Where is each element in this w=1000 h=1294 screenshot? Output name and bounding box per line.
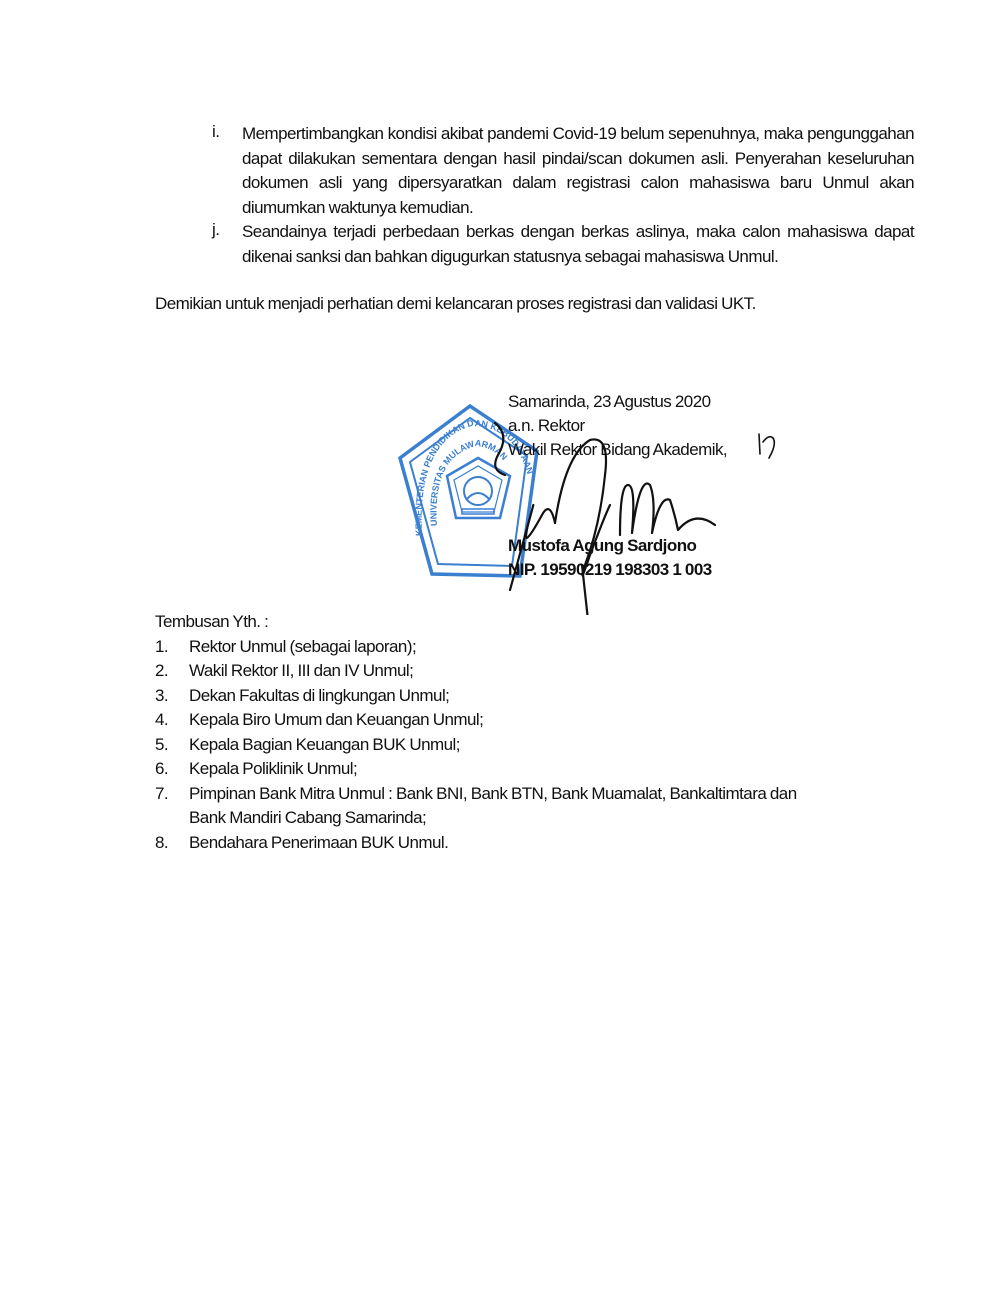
cc-item-text: Wakil Rektor II, III dan IV Unmul; — [189, 661, 413, 680]
cc-item-text: Dekan Fakultas di lingkungan Unmul; — [189, 686, 449, 705]
cc-list-item: Bank Mandiri Cabang Samarinda; — [155, 806, 797, 831]
cc-item-number: 8. — [155, 831, 168, 856]
list-marker: j. — [212, 220, 219, 240]
list-marker: i. — [212, 122, 219, 142]
svg-text:UNIVERSITAS MULAWARMAN: UNIVERSITAS MULAWARMAN — [428, 438, 509, 527]
cc-item-number: 6. — [155, 757, 168, 782]
cc-list-item: 8.Bendahara Penerimaan BUK Unmul. — [155, 831, 797, 856]
signer-position: Wakil Rektor Bidang Akademik, — [508, 438, 727, 462]
cc-list-item: 2.Wakil Rektor II, III dan IV Unmul; — [155, 659, 797, 684]
cc-item-number: 5. — [155, 733, 168, 758]
cc-list-item: 3.Dekan Fakultas di lingkungan Unmul; — [155, 684, 797, 709]
place-date: Samarinda, 23 Agustus 2020 — [508, 390, 727, 414]
initial-paraf-icon — [755, 430, 780, 460]
cc-list-item: 5.Kepala Bagian Keuangan BUK Unmul; — [155, 733, 797, 758]
cc-list-item: 6.Kepala Poliklinik Unmul; — [155, 757, 797, 782]
cc-list-item: 1.Rektor Unmul (sebagai laporan); — [155, 635, 797, 660]
cc-list: Tembusan Yth. : 1.Rektor Unmul (sebagai … — [155, 610, 797, 855]
cc-item-text: Kepala Bagian Keuangan BUK Unmul; — [189, 735, 460, 754]
cc-item-text: Pimpinan Bank Mitra Unmul : Bank BNI, Ba… — [189, 784, 797, 803]
cc-item-number: 3. — [155, 684, 168, 709]
cc-item-number: 2. — [155, 659, 168, 684]
cc-item-text: Rektor Unmul (sebagai laporan); — [189, 637, 416, 656]
cc-item-text: Kepala Biro Umum dan Keuangan Unmul; — [189, 710, 483, 729]
list-item-text: Seandainya terjadi perbedaan berkas deng… — [242, 220, 914, 269]
cc-item-number: 4. — [155, 708, 168, 733]
cc-item-text: Kepala Poliklinik Unmul; — [189, 759, 357, 778]
signature-block: Samarinda, 23 Agustus 2020 a.n. Rektor W… — [508, 390, 727, 582]
cc-item-text: Bendahara Penerimaan BUK Unmul. — [189, 833, 448, 852]
signer-name: Mustofa Agung Sardjono — [508, 534, 727, 558]
signer-nip: NIP. 19590219 198303 1 003 — [508, 558, 727, 582]
cc-title: Tembusan Yth. : — [155, 610, 797, 635]
cc-list-item: 7.Pimpinan Bank Mitra Unmul : Bank BNI, … — [155, 782, 797, 807]
on-behalf: a.n. Rektor — [508, 414, 727, 438]
cc-list-item: 4.Kepala Biro Umum dan Keuangan Unmul; — [155, 708, 797, 733]
cc-item-number: 7. — [155, 782, 168, 807]
cc-item-text: Bank Mandiri Cabang Samarinda; — [189, 808, 426, 827]
cc-item-number: 1. — [155, 635, 168, 660]
closing-paragraph: Demikian untuk menjadi perhatian demi ke… — [155, 294, 756, 314]
list-item-text: Mempertimbangkan kondisi akibat pandemi … — [242, 122, 914, 220]
